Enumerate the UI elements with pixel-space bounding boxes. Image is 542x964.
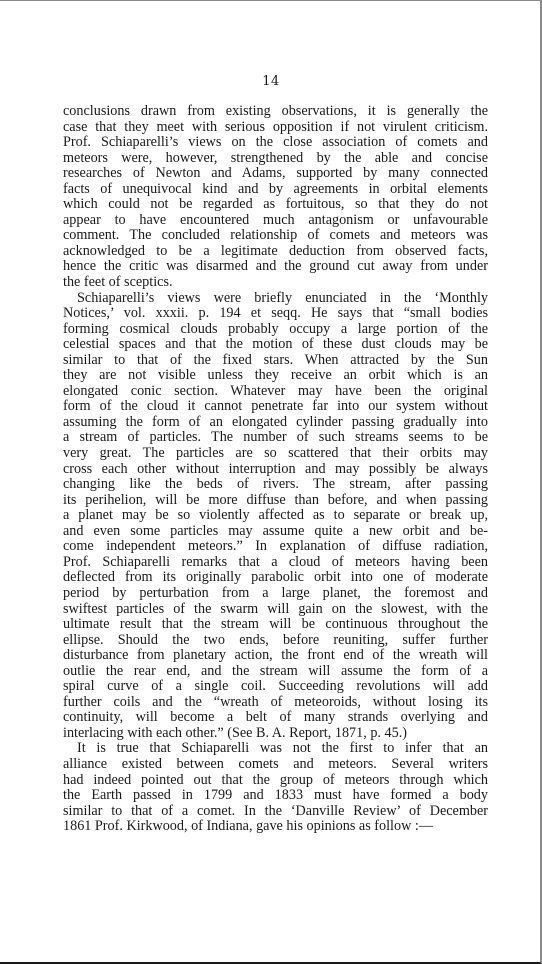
text-line: a planet may be so violently affected as…: [63, 508, 488, 524]
paragraph-1: conclusions drawn from existing observat…: [63, 104, 488, 291]
text-line: form of the cloud it cannot penetrate fa…: [63, 399, 488, 415]
text-line: Notices,’ vol. xxxii. p. 194 et seqq. He…: [63, 306, 488, 322]
text-line: a stream of particles. The number of suc…: [63, 430, 488, 446]
text-line: continuity, will become a belt of many s…: [63, 710, 488, 726]
text-line: swiftest particles of the swarm will gai…: [63, 602, 488, 618]
text-line: meteors were, however, strengthened by t…: [63, 151, 488, 167]
text-line: which could not be regarded as fortuitou…: [63, 197, 488, 213]
text-line: the feet of sceptics.: [63, 275, 488, 291]
text-line: facts of unequivocal kind and by agreeme…: [63, 182, 488, 198]
text-line: assuming the form of an elongated cylind…: [63, 415, 488, 431]
body-text: conclusions drawn from existing observat…: [63, 104, 488, 835]
text-line: come independent meteors.” In explanatio…: [63, 539, 488, 555]
text-line: Prof. Schiaparelli’s views on the close …: [63, 135, 488, 151]
text-line: similar to that of a comet. In the ‘Danv…: [63, 804, 488, 820]
text-line: interlacing with each other.” (See B. A.…: [63, 726, 488, 742]
text-line: spiral curve of a single coil. Succeedin…: [63, 679, 488, 695]
text-line: acknowledged to be a legitimate deductio…: [63, 244, 488, 260]
text-line: outlie the rear end, and the stream will…: [63, 664, 488, 680]
text-line: its perihelion, will be more diffuse tha…: [63, 493, 488, 509]
text-line: Schiaparelli’s views were briefly enunci…: [63, 291, 488, 307]
text-line: conclusions drawn from existing observat…: [63, 104, 488, 120]
text-line: case that they meet with serious opposit…: [63, 120, 488, 136]
text-line: forming cosmical clouds probably occupy …: [63, 322, 488, 338]
paragraph-3: It is true that Schiaparelli was not the…: [63, 741, 488, 834]
text-line: similar to that of the fixed stars. When…: [63, 353, 488, 369]
text-line: appear to have encountered much antagoni…: [63, 213, 488, 229]
paragraph-2: Schiaparelli’s views were briefly enunci…: [63, 291, 488, 742]
text-line: disturbance from planetary action, the f…: [63, 648, 488, 664]
text-line: elongated conic section. Whatever may ha…: [63, 384, 488, 400]
text-line: cross each other without interruption an…: [63, 462, 488, 478]
text-line: had indeed pointed out that the group of…: [63, 773, 488, 789]
page-number: 14: [0, 74, 542, 89]
text-line: and even some particles may assume quite…: [63, 524, 488, 540]
text-line: hence the critic was disarmed and the gr…: [63, 259, 488, 275]
text-line: very great. The particles are so scatter…: [63, 446, 488, 462]
text-line: the Earth passed in 1799 and 1833 must h…: [63, 788, 488, 804]
text-line: 1861 Prof. Kirkwood, of Indiana, gave hi…: [63, 819, 488, 835]
text-line: further coils and the “wreath of meteoro…: [63, 695, 488, 711]
text-line: they are not visible unless they receive…: [63, 368, 488, 384]
text-line: deflected from its originally parabolic …: [63, 570, 488, 586]
text-line: It is true that Schiaparelli was not the…: [63, 741, 488, 757]
text-line: ellipse. Should the two ends, before reu…: [63, 633, 488, 649]
text-line: comment. The concluded relationship of c…: [63, 228, 488, 244]
text-line: researches of Newton and Adams, supporte…: [63, 166, 488, 182]
text-line: ultimate result that the stream will be …: [63, 617, 488, 633]
text-line: changing like the beds of rivers. The st…: [63, 477, 488, 493]
text-line: Prof. Schiaparelli remarks that a cloud …: [63, 555, 488, 571]
text-line: celestial spaces and that the motion of …: [63, 337, 488, 353]
text-line: period by perturbation from a large plan…: [63, 586, 488, 602]
text-line: alliance existed between comets and mete…: [63, 757, 488, 773]
document-page: 14 conclusions drawn from existing obser…: [0, 0, 542, 964]
